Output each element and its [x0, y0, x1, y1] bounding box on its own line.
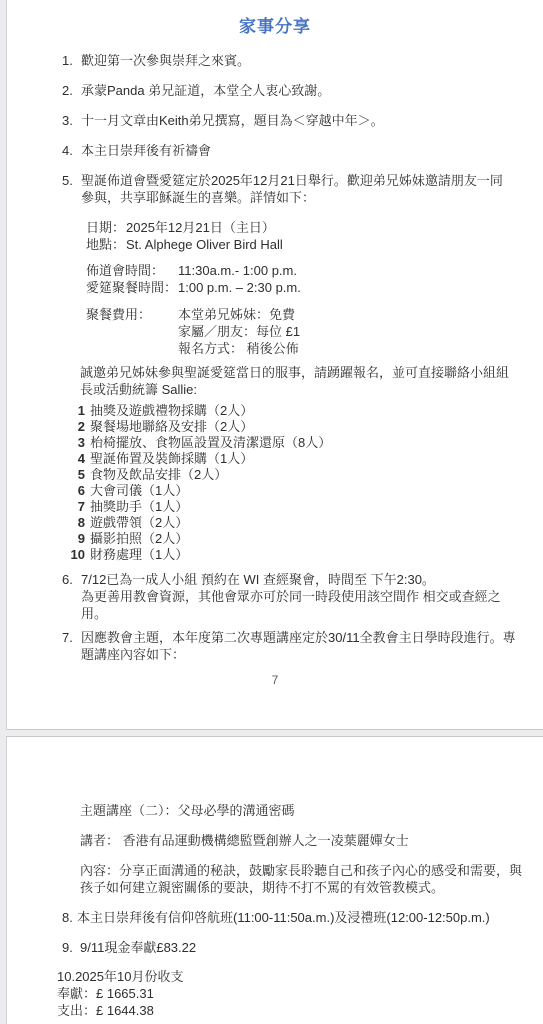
role-row: 7 抽獎助手（1人）	[69, 499, 543, 515]
detail-preach-time: 佈道會時間： 11:30a.m.- 1:00 p.m.	[86, 262, 543, 279]
role-number: 3	[69, 435, 85, 451]
role-row: 8 遊戲帶領（2人）	[69, 515, 543, 531]
volunteer-invitation: 誠邀弟兄姊妹參與聖誕愛筵當日的服事，請踴躍報名，並可直接聯絡小組組長或活動統籌 …	[80, 364, 516, 398]
item-text: 十一月文章由Keith弟兄撰寫，題目為＜穿越中年＞。	[81, 112, 522, 129]
page-1: 家事分享 1. 歡迎第一次參與崇拜之來賓。 2. 承蒙Panda 弟兄証道，本堂…	[6, 0, 543, 730]
role-row: 5 食物及飲品安排（2人）	[69, 467, 543, 483]
role-number: 8	[69, 515, 85, 531]
announcement-list: 1. 歡迎第一次參與崇拜之來賓。 2. 承蒙Panda 弟兄証道，本堂仝人衷心致…	[7, 52, 543, 206]
role-row: 3 枱椅擺放、食物區設置及清潔還原（8人）	[69, 435, 543, 451]
seminar-speaker: 講者： 香港有品運動機構總監暨創辦人之一凌葉麗嬋女士	[80, 832, 543, 849]
role-number: 2	[69, 419, 85, 435]
role-text: 攝影拍照（2人）	[90, 531, 188, 547]
detail-fee: 聚餐費用： 本堂弟兄姊妹：免費 家屬／朋友：每位 £1 報名方式： 稍後公佈	[86, 306, 543, 357]
item-text: 因應教會主題，本年度第二次專題講座定於30/11全教會主日學時段進行。專題講座內…	[81, 629, 521, 663]
feast-time-label: 愛筵聚餐時間：	[86, 279, 178, 296]
list-item-6: 6. 7/12已為一成人小組 預約在 WI 查經聚會，時間至 下午2:30。 為…	[62, 571, 543, 622]
item-text: 本主日崇拜後有祈禱會	[81, 142, 522, 159]
role-text: 抽獎及遊戲禮物採購（2人）	[90, 403, 253, 419]
item-text: 9/11現金奉獻£83.22	[80, 939, 521, 956]
fee-line-signup: 報名方式： 稍後公佈	[178, 340, 300, 357]
role-number: 1	[69, 403, 85, 419]
finance-expense: 支出：£ 1644.38	[57, 1002, 543, 1019]
event-details: 日期： 2025年12月21日（主日） 地點： St. Alphege Oliv…	[86, 219, 543, 357]
list-item-7: 7. 因應教會主題，本年度第二次專題講座定於30/11全教會主日學時段進行。專題…	[62, 629, 543, 663]
list-item-9: 9. 9/11現金奉獻£83.22	[62, 939, 543, 956]
spacer	[86, 253, 543, 262]
item-text: 7/12已為一成人小組 預約在 WI 查經聚會，時間至 下午2:30。 為更善用…	[81, 571, 509, 622]
list-item-2: 2. 承蒙Panda 弟兄証道，本堂仝人衷心致謝。	[62, 82, 543, 99]
spacer	[86, 296, 543, 306]
page-number: 7	[7, 673, 543, 687]
list-item-1: 1. 歡迎第一次參與崇拜之來賓。	[62, 52, 543, 69]
item-number: 4.	[62, 142, 81, 159]
venue-label: 地點：	[86, 236, 126, 253]
finance-title: 10.2025年10月份收支	[57, 968, 543, 985]
role-text: 枱椅擺放、食物區設置及清潔還原（8人）	[90, 435, 331, 451]
role-text: 抽獎助手（1人）	[90, 499, 188, 515]
role-number: 4	[69, 451, 85, 467]
list-item-4: 4. 本主日崇拜後有祈禱會	[62, 142, 543, 159]
role-row: 9 攝影拍照（2人）	[69, 531, 543, 547]
role-text: 聖誕佈置及裝飾採購（1人）	[90, 451, 253, 467]
item-number: 8.	[62, 909, 77, 926]
item-number: 9.	[62, 939, 80, 956]
item-number: 1.	[62, 52, 81, 69]
item-number: 2.	[62, 82, 81, 99]
role-number: 6	[69, 483, 85, 499]
item6-line1: 7/12已為一成人小組 預約在 WI 查經聚會，時間至 下午2:30。	[81, 572, 435, 587]
role-text: 聚餐場地聯絡及安排（2人）	[90, 419, 253, 435]
role-row: 6 大會司儀（1人）	[69, 483, 543, 499]
role-row: 1 抽獎及遊戲禮物採購（2人）	[69, 403, 543, 419]
list-item-3: 3. 十一月文章由Keith弟兄撰寫，題目為＜穿越中年＞。	[62, 112, 543, 129]
role-text: 大會司儀（1人）	[90, 483, 188, 499]
seminar-topic: 主題講座（二）：父母必學的溝通密碼	[80, 750, 543, 819]
item-text: 聖誕佈道會暨愛筵定於2025年12月21日舉行。歡迎弟兄姊妹邀請朋友一同參與，共…	[81, 172, 511, 206]
detail-feast-time: 愛筵聚餐時間： 1:00 p.m. – 2:30 p.m.	[86, 279, 543, 296]
venue-value: St. Alphege Oliver Bird Hall	[126, 236, 283, 253]
role-row: 10 財務處理（1人）	[69, 547, 543, 563]
item-text: 本主日崇拜後有信仰啓航班(11:00-11:50a.m.)及浸禮班(12:00-…	[77, 909, 518, 926]
detail-date: 日期： 2025年12月21日（主日）	[86, 219, 543, 236]
finance-summary: 10.2025年10月份收支 奉獻：£ 1665.31 支出：£ 1644.38	[57, 968, 543, 1019]
item-number: 6.	[62, 571, 81, 622]
page-2: 主題講座（二）：父母必學的溝通密碼 講者： 香港有品運動機構總監暨創辦人之一凌葉…	[6, 736, 543, 1024]
fee-label: 聚餐費用：	[86, 306, 178, 357]
detail-venue: 地點： St. Alphege Oliver Bird Hall	[86, 236, 543, 253]
role-text: 遊戲帶領（2人）	[90, 515, 188, 531]
volunteer-roles-list: 1 抽獎及遊戲禮物採購（2人） 2 聚餐場地聯絡及安排（2人） 3 枱椅擺放、食…	[69, 403, 543, 563]
finance-offering: 奉獻：£ 1665.31	[57, 985, 543, 1002]
fee-line-members: 本堂弟兄姊妹：免費	[178, 306, 300, 323]
list-item-8: 8. 本主日崇拜後有信仰啓航班(11:00-11:50a.m.)及浸禮班(12:…	[62, 909, 543, 926]
date-label: 日期：	[86, 219, 126, 236]
role-number: 10	[69, 547, 85, 563]
item6-line2: 為更善用教會資源，其他會眾亦可於同一時段使用該空間作 相交或查經之用。	[81, 589, 501, 621]
item-number: 5.	[62, 172, 81, 206]
role-row: 2 聚餐場地聯絡及安排（2人）	[69, 419, 543, 435]
list-item-5: 5. 聖誕佈道會暨愛筵定於2025年12月21日舉行。歡迎弟兄姊妹邀請朋友一同參…	[62, 172, 543, 206]
role-text: 食物及飲品安排（2人）	[90, 467, 227, 483]
fee-line-family: 家屬／朋友：每位 £1	[178, 323, 300, 340]
fee-values: 本堂弟兄姊妹：免費 家屬／朋友：每位 £1 報名方式： 稍後公佈	[178, 306, 300, 357]
role-text: 財務處理（1人）	[90, 547, 188, 563]
item-number: 3.	[62, 112, 81, 129]
date-value: 2025年12月21日（主日）	[126, 219, 275, 236]
item-number: 7.	[62, 629, 81, 663]
document-viewer: { "colors": { "accent": "#4472C4" }, "pa…	[0, 0, 543, 1024]
item-text: 歡迎第一次參與崇拜之來賓。	[81, 52, 522, 69]
role-number: 9	[69, 531, 85, 547]
seminar-content: 內容：分享正面溝通的秘訣，鼓勵家長聆聽自己和孩子內心的感受和需要，與孩子如何建立…	[80, 862, 528, 896]
role-number: 7	[69, 499, 85, 515]
feast-time-value: 1:00 p.m. – 2:30 p.m.	[178, 279, 301, 296]
preach-time-value: 11:30a.m.- 1:00 p.m.	[178, 262, 297, 279]
role-number: 5	[69, 467, 85, 483]
preach-time-label: 佈道會時間：	[86, 262, 178, 279]
role-row: 4 聖誕佈置及裝飾採購（1人）	[69, 451, 543, 467]
page-title: 家事分享	[7, 12, 543, 37]
item-text: 承蒙Panda 弟兄証道，本堂仝人衷心致謝。	[81, 82, 522, 99]
